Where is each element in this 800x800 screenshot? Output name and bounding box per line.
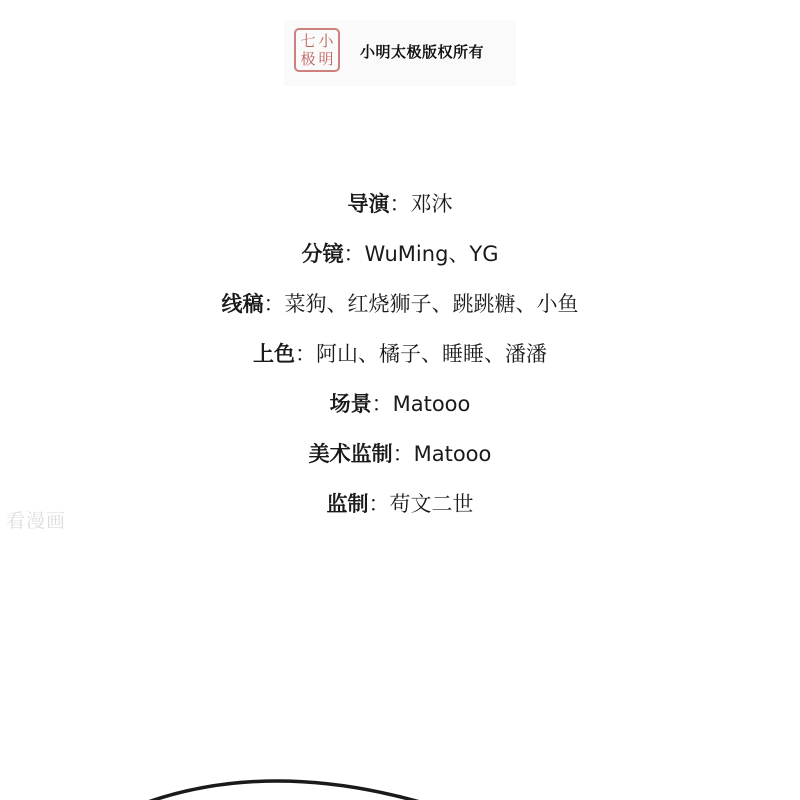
credit-names: 菜狗、红烧狮子、跳跳糖、小鱼 [285, 292, 579, 316]
credit-separator: ： [369, 492, 390, 516]
seal-char: 极 [299, 50, 317, 68]
credit-role: 监制 [327, 492, 369, 516]
credit-role: 上色 [253, 342, 295, 366]
credits-list: 导演：邓沐 分镜：WuMing、YG 线稿：菜狗、红烧狮子、跳跳糖、小鱼 上色：… [0, 186, 800, 536]
credit-storyboard: 分镜：WuMing、YG [0, 236, 800, 286]
panel-arc-line [0, 740, 800, 800]
credit-separator: ： [372, 392, 393, 416]
seal-char: 七 [299, 32, 317, 50]
credit-separator: ： [264, 292, 285, 316]
credit-lineart: 线稿：菜狗、红烧狮子、跳跳糖、小鱼 [0, 286, 800, 336]
seal-char: 明 [317, 50, 335, 68]
credit-role: 分镜 [301, 242, 343, 266]
credit-separator: ： [343, 242, 364, 266]
credit-names: WuMing、YG [364, 242, 498, 266]
credit-role: 线稿 [222, 292, 264, 316]
credit-separator: ： [390, 192, 411, 216]
credit-names: 苟文二世 [390, 492, 474, 516]
credit-role: 美术监制 [309, 442, 393, 466]
seal-char: 小 [317, 32, 335, 50]
credit-separator: ： [295, 342, 316, 366]
copyright-text: 小明太极版权所有 [360, 41, 484, 62]
credit-role: 场景 [330, 392, 372, 416]
credit-names: 阿山、橘子、睡睡、潘潘 [316, 342, 547, 366]
credit-supervisor: 监制：苟文二世 [0, 486, 800, 536]
credit-names: 邓沐 [411, 192, 453, 216]
credit-separator: ： [393, 442, 414, 466]
credit-names: Matooo [393, 392, 471, 416]
credit-coloring: 上色：阿山、橘子、睡睡、潘潘 [0, 336, 800, 386]
credit-role: 导演 [348, 192, 390, 216]
credit-art-supervisor: 美术监制：Matooo [0, 436, 800, 486]
seal-stamp-icon: 七 小 极 明 [294, 28, 340, 72]
credit-background: 场景：Matooo [0, 386, 800, 436]
credit-names: Matooo [414, 442, 492, 466]
credit-director: 导演：邓沐 [0, 186, 800, 236]
copyright-header: 七 小 极 明 小明太极版权所有 [284, 20, 516, 86]
watermark-text: 看漫画 [6, 506, 66, 533]
